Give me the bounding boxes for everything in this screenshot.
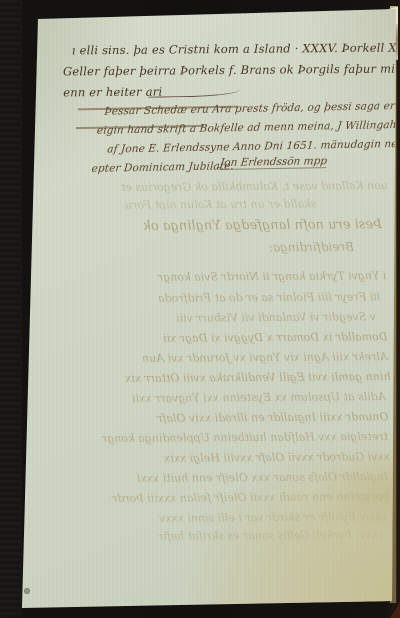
bleedthrough-line: skalld er un tru at Kolun nipt Foru — [125, 197, 316, 211]
manuscript-photo: uon Kalland vase t. Kolumbkilla ok Grego… — [0, 0, 400, 618]
bleedthrough-line: v Svegdir vi Vanlandi vii Visburr viii — [176, 310, 376, 324]
scribe-signature: Jon Erlendssön mpp — [219, 155, 328, 170]
cover-corner — [386, 602, 400, 618]
bleedthrough-line: Adils at Upsolum xx Eysteinn xxi Yngvarr… — [132, 390, 386, 405]
bleedthrough-line: uon Kalland vase t. Kolumbkilla ok Grego… — [121, 179, 388, 194]
binding-cloth — [0, 0, 22, 618]
main-text-line: ı elli sins. þa es Cristni kom a Island … — [72, 38, 382, 62]
bleedthrough-line: Þesi eru nofn langfedga Ynglinga ok — [143, 217, 382, 234]
bleedthrough-line: Domalldr ix Domarr x Dyggvi xi Dagr xii — [163, 330, 388, 345]
bleedthrough-line: hinn gamli xvii Egill Vendilkraka xviii … — [125, 370, 391, 385]
bleedthrough-line: iii Freyr iiii Fiolnir sa er do at Fridf… — [158, 290, 380, 305]
bleedthrough-line: Breidfirdinga: — [269, 240, 354, 255]
main-text-line: Geller faþer þeirra Þorkels f. Brans ok … — [63, 59, 382, 83]
bleedthrough-line: Onundr xxiii Ingialldr en illradi xxiv O… — [156, 410, 388, 425]
water-stain-mid-right — [314, 448, 400, 538]
wormhole-dot — [24, 588, 30, 594]
manuscript-page: uon Kalland vase t. Kolumbkilla ok Grego… — [20, 8, 396, 609]
bleedthrough-line: Alrekr xiii Agni xiv Yngvi xv Jorundr xv… — [142, 350, 388, 365]
bleedthrough-line: i Yngvi Tyrkia kongr ii Niordr Svia kong… — [158, 269, 386, 284]
